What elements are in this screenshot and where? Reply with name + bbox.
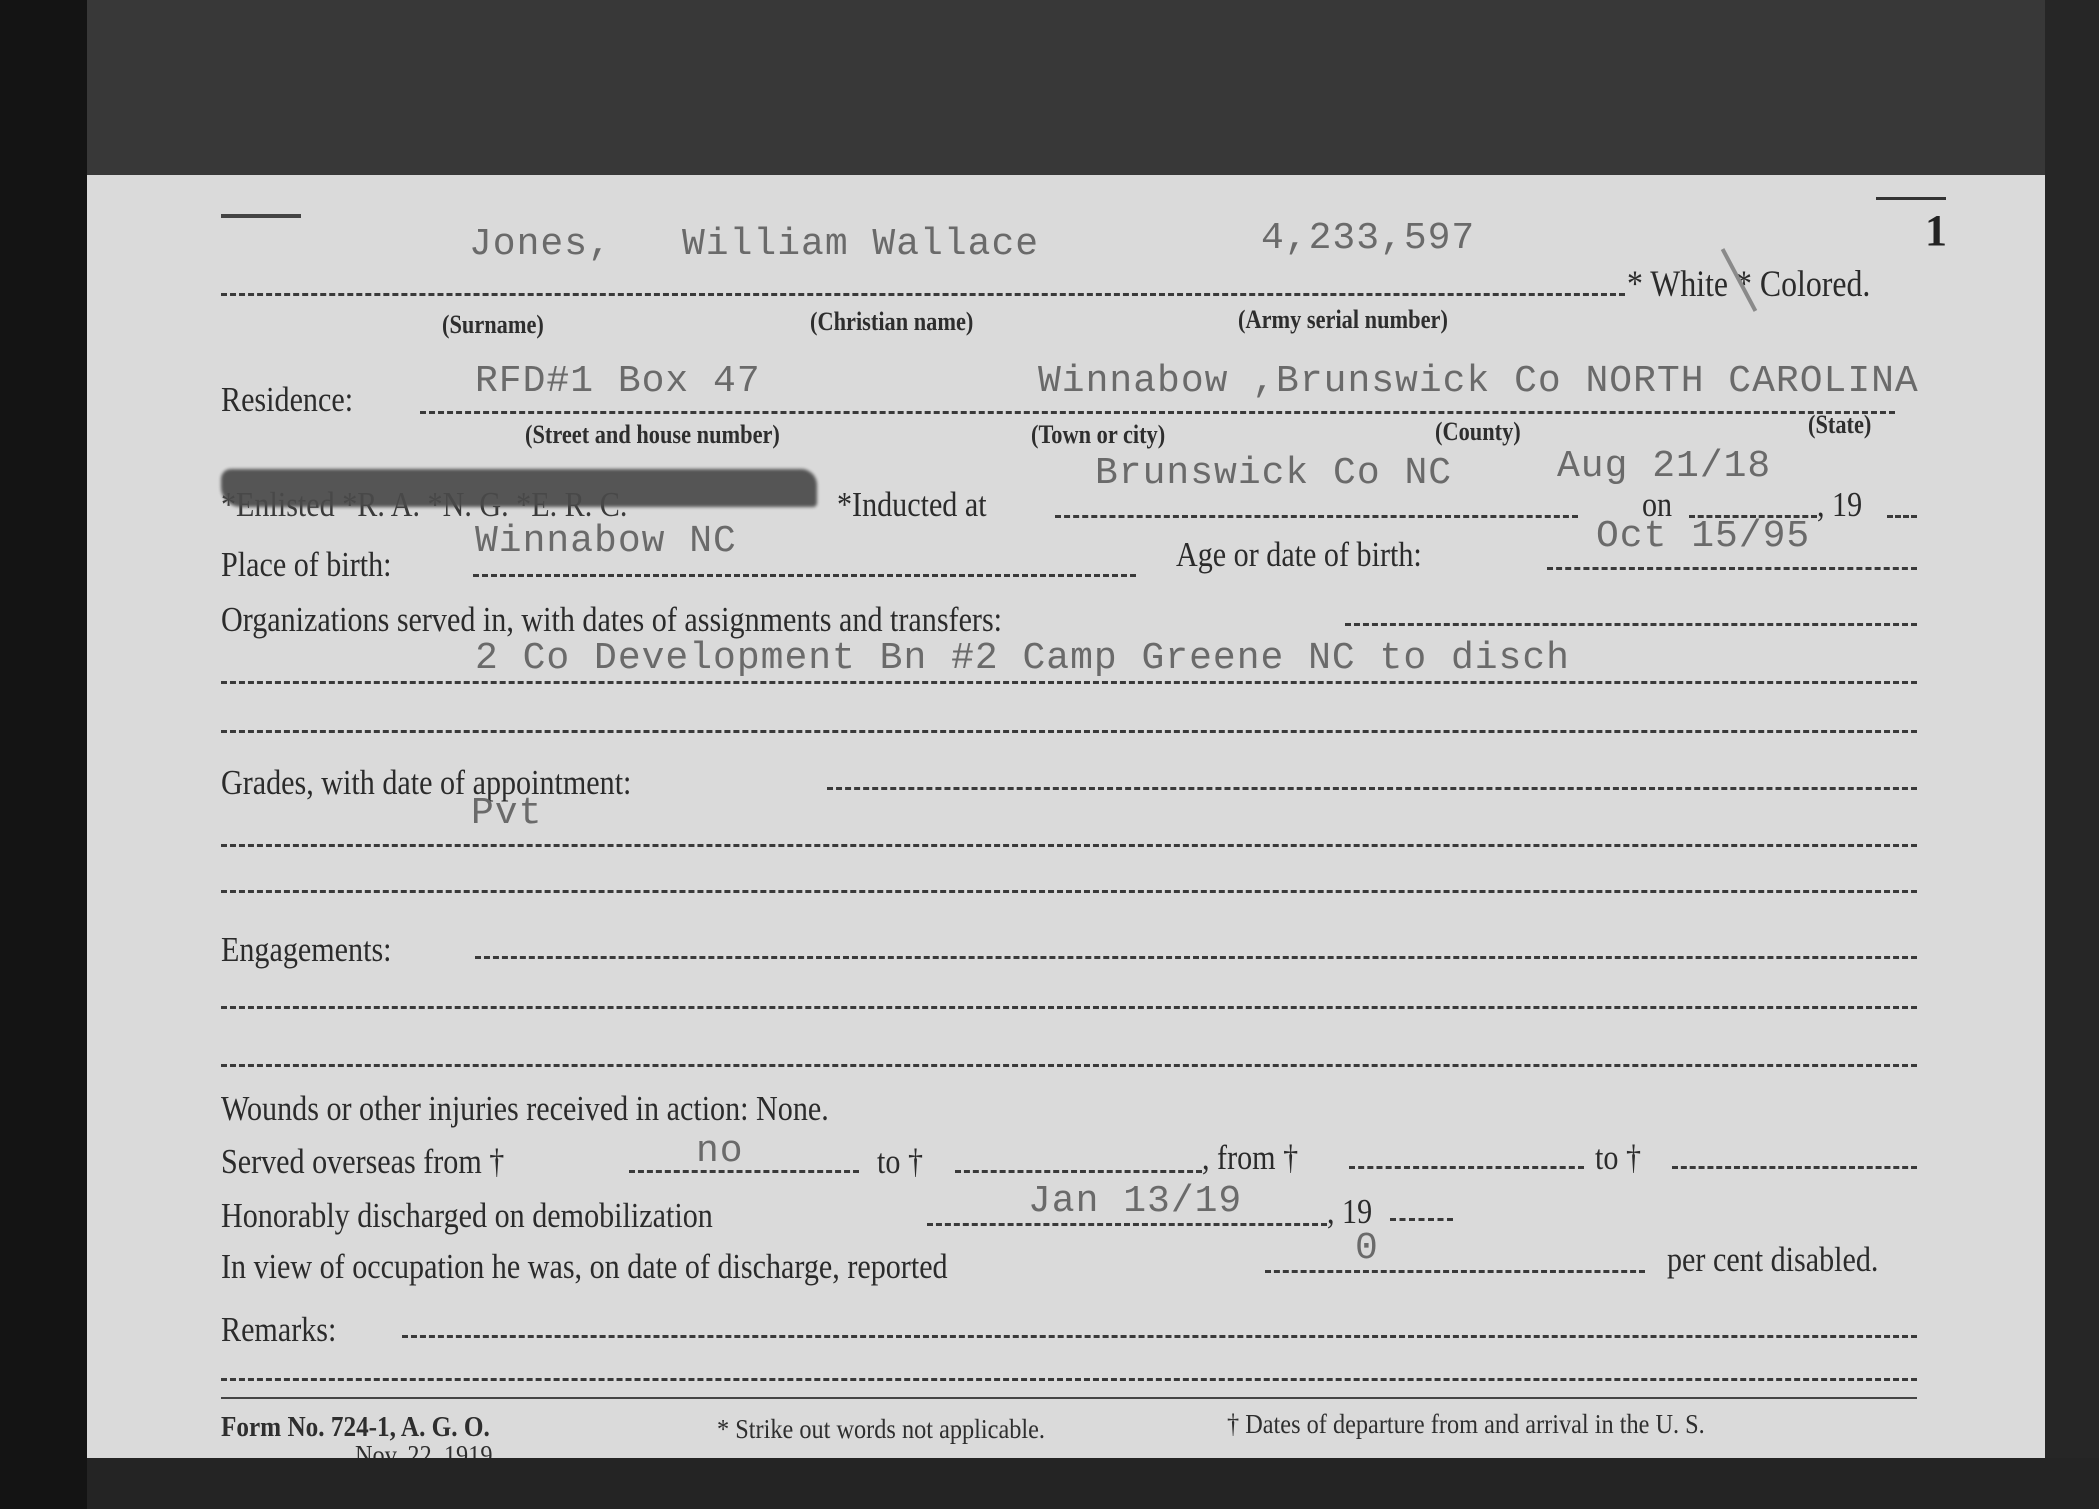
disability-label: In view of occupation he was, on date of… [221,1247,948,1287]
overseas-from2-line [1349,1166,1584,1169]
town-label: (Town or city) [1031,420,1165,450]
age-label: Age or date of birth: [1176,535,1422,575]
street-label: (Street and house number) [525,420,780,450]
state-label: (State) [1808,410,1871,440]
discharge-label: Honorably discharged on demobilization [221,1196,713,1236]
overseas-to-line [955,1170,1202,1173]
inducted-at-line [1055,515,1578,518]
engagements-line-1 [475,956,1917,959]
scan-background-top [87,0,2099,175]
inducted-at-label: *Inducted at [837,485,987,525]
organizations-line-1 [1345,623,1917,626]
overseas-from-value: no [696,1130,744,1173]
overseas-to2-label: to † [1595,1138,1641,1178]
overseas-from-line [629,1170,859,1173]
page-number: 1 [1925,205,1947,256]
christian-name-label: (Christian name) [810,307,973,337]
organizations-value: 2 Co Development Bn #2 Camp Greene NC to… [475,637,1570,680]
grades-line-2 [221,844,1917,847]
disability-value: 0 [1355,1227,1379,1270]
remarks-line-2 [221,1378,1917,1381]
engagements-label: Engagements: [221,930,392,970]
place-of-birth-label: Place of birth: [221,545,392,585]
army-serial-label: (Army serial number) [1238,305,1448,335]
corner-mark [221,214,301,218]
wounds-label: Wounds or other injuries received in act… [221,1089,829,1129]
army-serial-value: 4,233,597 [1261,217,1475,260]
service-record-card: 1 Jones, William Wallace 4,233,597 * Whi… [87,175,2045,1458]
county-label: (County) [1435,417,1521,447]
organizations-label: Organizations served in, with dates of a… [221,600,1002,640]
induction-date-value: Aug 21/18 [1557,445,1771,488]
discharge-date-value: Jan 13/19 [1028,1180,1242,1223]
scan-background-left [0,0,87,1509]
organizations-line-3 [221,730,1917,733]
name-line [221,293,1625,296]
discharge-year-suffix: , 19 [1327,1192,1372,1232]
dates-note: † Dates of departure from and arrival in… [1227,1409,1705,1440]
inducted-at-value: Brunswick Co NC [1095,452,1452,495]
residence-line [420,411,1895,414]
residence-town-county-state-value: Winnabow ,Brunswick Co NORTH CAROLINA [1038,360,1919,403]
engagements-line-3 [221,1064,1917,1067]
remarks-line-1 [402,1335,1917,1338]
place-of-birth-value: Winnabow NC [475,520,737,563]
remarks-label: Remarks: [221,1310,336,1350]
grades-line-1 [827,787,1917,790]
engagements-line-2 [221,1006,1917,1009]
strike-note: * Strike out words not applicable. [717,1414,1045,1445]
overseas-to-label: to † [877,1142,923,1182]
scan-background-bottom [87,1458,2099,1509]
overseas-from2-label: , from † [1202,1138,1298,1178]
page-number-overline [1876,197,1946,200]
discharge-year-line [1390,1218,1453,1221]
induction-year-suffix: , 19 [1817,485,1862,525]
form-date: Nov. 22, 1919. [355,1440,499,1458]
residence-label: Residence: [221,380,353,420]
induction-year-line [1887,515,1917,518]
residence-street-value: RFD#1 Box 47 [475,360,761,403]
scan-background-right [2045,0,2099,1509]
disability-suffix: per cent disabled. [1667,1240,1878,1280]
strikeout-smudge [221,469,817,507]
footer-rule [221,1397,1917,1399]
grades-line-3 [221,890,1917,893]
date-of-birth-value: Oct 15/95 [1596,515,1810,558]
grades-label: Grades, with date of appointment: [221,763,631,803]
surname-value: Jones, [469,223,612,266]
overseas-to2-line [1672,1166,1917,1169]
served-overseas-label: Served overseas from † [221,1142,504,1182]
organizations-line-2 [221,681,1917,684]
grades-value: Pvt [471,792,542,835]
christian-name-value: William Wallace [682,223,1039,266]
surname-label: (Surname) [442,310,544,340]
discharge-date-line [927,1223,1327,1226]
disability-line [1265,1270,1645,1273]
date-of-birth-line [1547,567,1917,570]
place-of-birth-line [473,574,1136,577]
